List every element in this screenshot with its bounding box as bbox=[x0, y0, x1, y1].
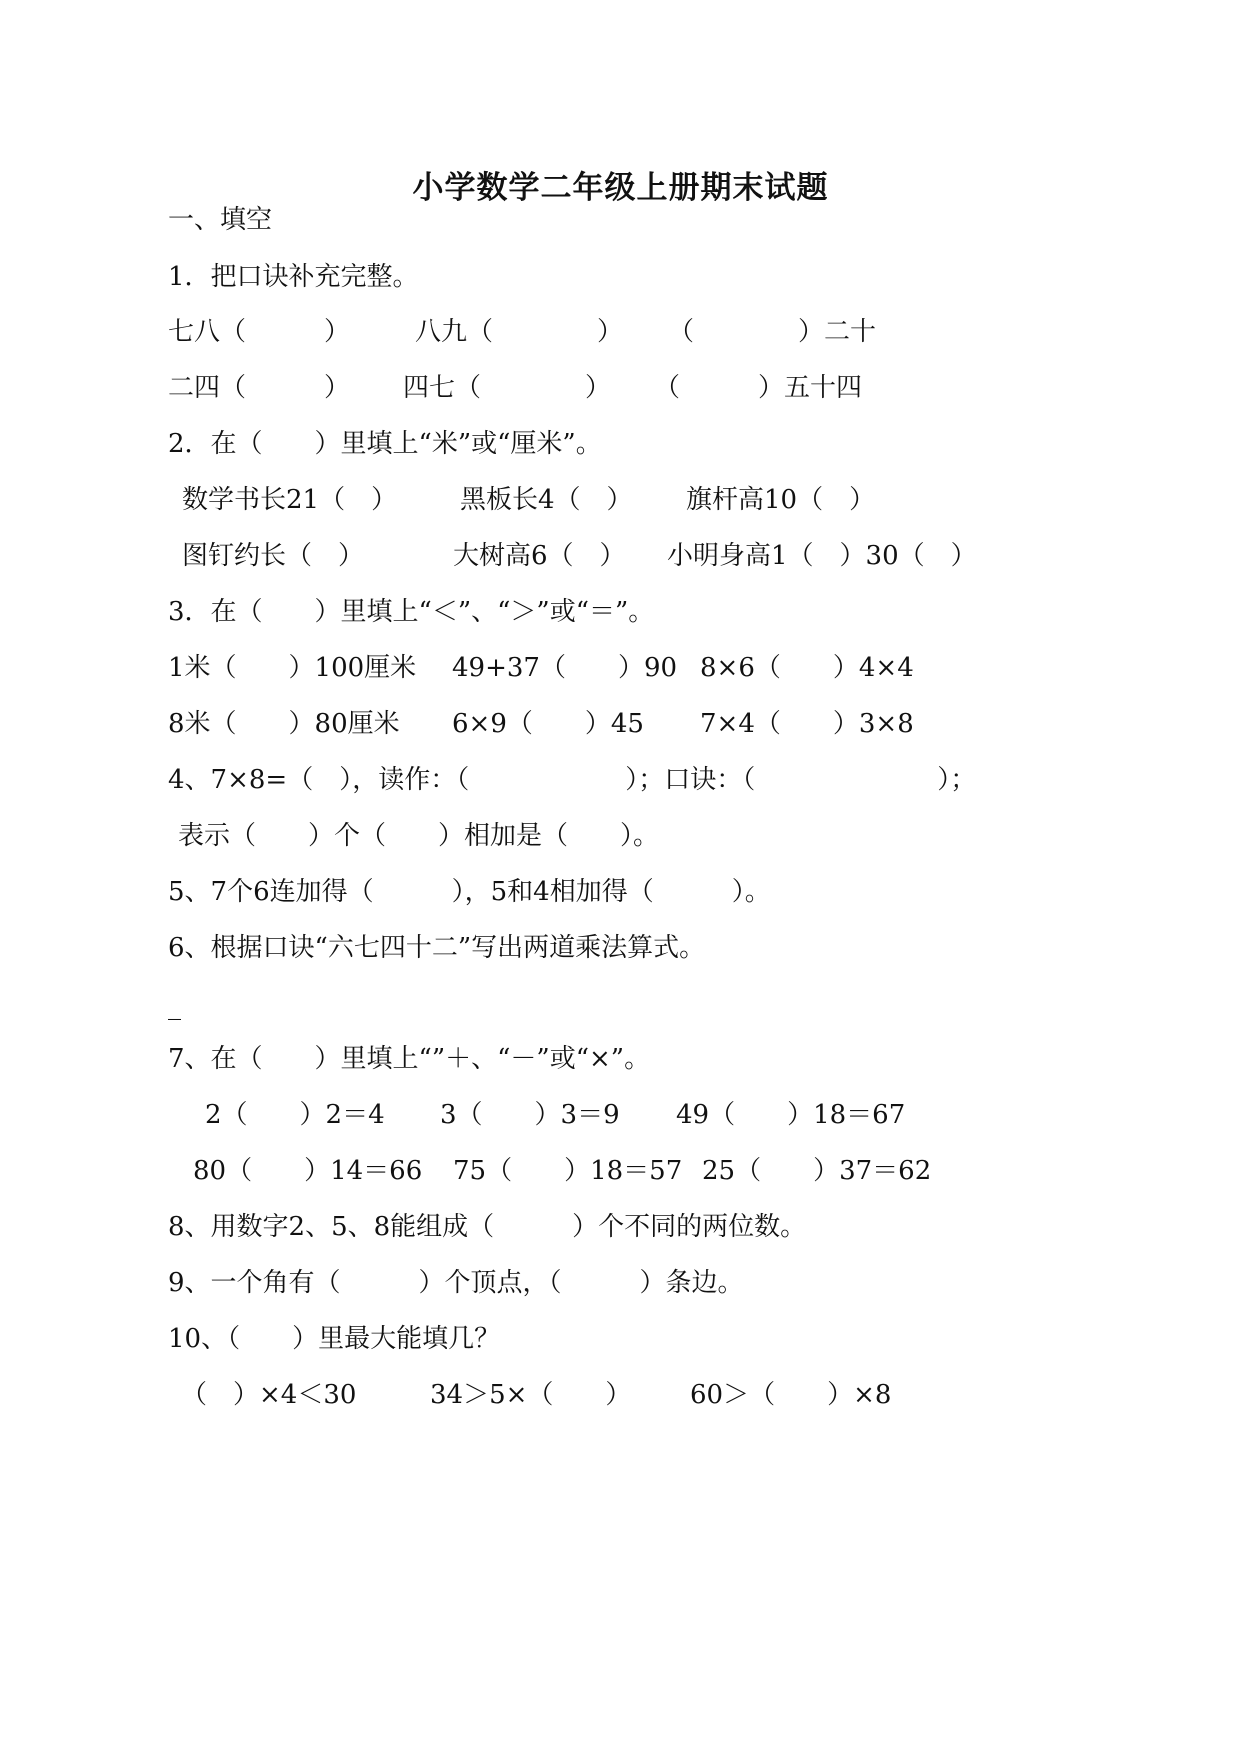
q1-prompt: 1．把口诀补充完整。 bbox=[168, 261, 419, 293]
q7-prompt: 7、在（ ）里填上“”＋、“－”或“×”。 bbox=[168, 1043, 650, 1075]
section-heading: 一、填空 bbox=[168, 204, 272, 236]
q7-item: 25（ ）37＝62 bbox=[702, 1155, 931, 1187]
q9: 9、一个角有（ ）个顶点，（ ）条边。 bbox=[168, 1267, 744, 1299]
q2-item: 图钉约长（ ） bbox=[182, 540, 364, 572]
q7-item: 75（ ）18＝57 bbox=[453, 1155, 682, 1187]
q1-blank: 二四（ ） bbox=[168, 372, 350, 404]
q2-item: 大树高6（ ） bbox=[453, 540, 626, 572]
q10-prompt: 10、（ ）里最大能填几？ bbox=[168, 1323, 500, 1355]
q5: 5、7个6连加得（ ），5和4相加得（ ）。 bbox=[168, 876, 771, 908]
q2-item: 黑板长4（ ） bbox=[460, 484, 633, 516]
q3-item: 8×6（ ）4×4 bbox=[700, 652, 914, 684]
q7-item: 49（ ）18＝67 bbox=[676, 1099, 905, 1131]
q3-item: 8米（ ）80厘米 bbox=[168, 708, 400, 740]
q2-prompt: 2．在（ ）里填上“米”或“厘米”。 bbox=[168, 428, 602, 460]
q6-answer-line: _ bbox=[168, 990, 181, 1022]
q4-line2: 表示（ ）个（ ）相加是（ ）。 bbox=[178, 820, 659, 852]
q3-item: 1米（ ）100厘米 bbox=[168, 652, 416, 684]
q8: 8、用数字2、5、8能组成（ ）个不同的两位数。 bbox=[168, 1211, 806, 1243]
q3-item: 7×4（ ）3×8 bbox=[700, 708, 914, 740]
q1-blank: 七八（ ） bbox=[168, 316, 350, 348]
q1-blank: 四七（ ） bbox=[403, 372, 611, 404]
q2-item: 数学书长21（ ） bbox=[182, 484, 397, 516]
q2-item: 旗杆高10（ ） bbox=[686, 484, 875, 516]
page-title: 小学数学二年级上册期末试题 bbox=[0, 162, 1241, 207]
q1-blank: （ ）五十四 bbox=[654, 372, 862, 404]
q1-blank: 八九（ ） bbox=[415, 316, 623, 348]
q4-line1: 4、7×8=（ ），读作：（ ）；口诀：（ ）； bbox=[168, 764, 976, 796]
q10-item: 34＞5×（ ） bbox=[430, 1379, 631, 1411]
q6-prompt: 6、根据口诀“六七四十二”写出两道乘法算式。 bbox=[168, 932, 705, 964]
q1-blank: （ ）二十 bbox=[668, 316, 876, 348]
q10-item: （ ）×4＜30 bbox=[181, 1379, 356, 1411]
q7-item: 2（ ）2＝4 bbox=[205, 1099, 385, 1131]
q3-prompt: 3．在（ ）里填上“＜”、“＞”或“＝”。 bbox=[168, 596, 654, 628]
q3-item: 49+37（ ）90 bbox=[452, 652, 677, 684]
q7-item: 3（ ）3＝9 bbox=[440, 1099, 620, 1131]
q3-item: 6×9（ ）45 bbox=[452, 708, 644, 740]
q10-item: 60＞（ ）×8 bbox=[690, 1379, 891, 1411]
q2-item: 小明身高1（ ）30（ ） bbox=[667, 540, 977, 572]
q7-item: 80（ ）14＝66 bbox=[193, 1155, 422, 1187]
